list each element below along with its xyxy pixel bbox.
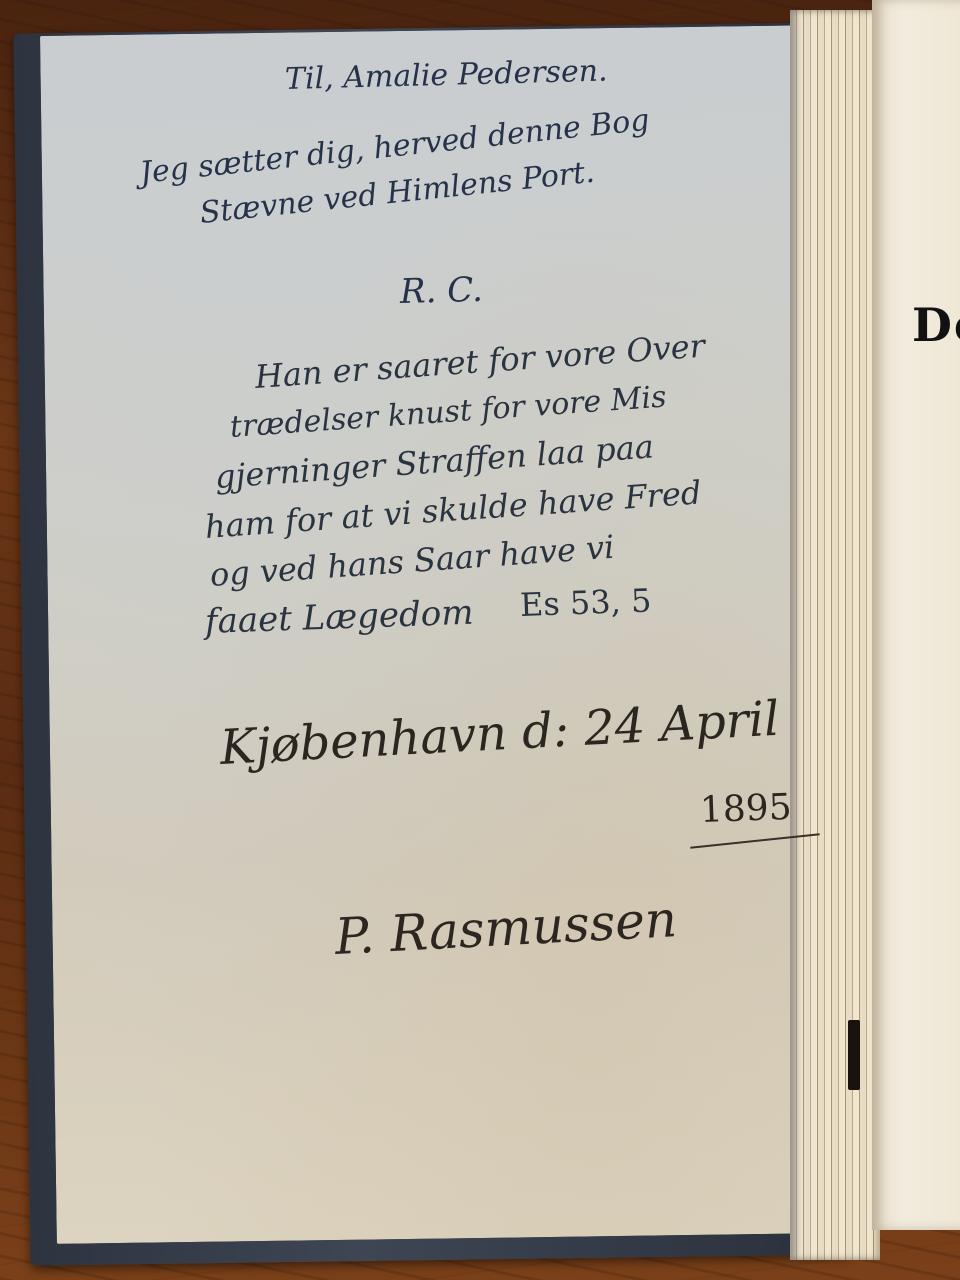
- initials: R. C.: [399, 270, 483, 312]
- title-page: [872, 0, 960, 1230]
- endpaper-page: [40, 25, 827, 1244]
- title-page-heading: De: [912, 298, 960, 352]
- torn-spine: [848, 1020, 860, 1090]
- page-edges: [790, 10, 880, 1260]
- year: 1895: [699, 787, 792, 831]
- verse-reference: Es 53, 5: [519, 581, 652, 624]
- book-photo: De Til, Amalie Pedersen. Jeg sætter dig,…: [0, 0, 960, 1280]
